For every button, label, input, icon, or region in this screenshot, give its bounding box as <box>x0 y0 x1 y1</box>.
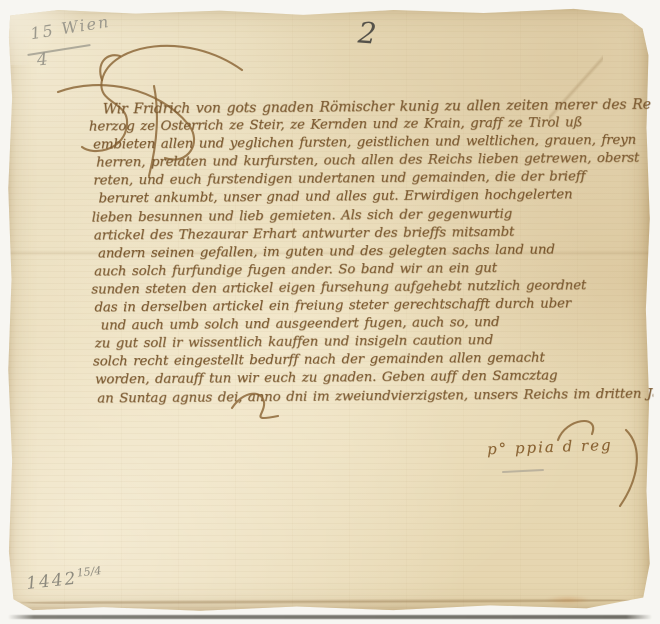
manuscript-text-block: Wir Fridrich von gots gnaden Römischer k… <box>93 96 654 408</box>
paper-stain <box>545 595 591 605</box>
line-end-flourish <box>228 388 288 422</box>
manuscript-photo: 15 Wien 4 2 Wir Fridrich von gots gnaden… <box>0 0 660 624</box>
pencil-date-fraction: 15/4 <box>76 564 102 580</box>
paper-edge-shadow <box>8 615 652 619</box>
bottom-crease <box>20 598 632 606</box>
page-number: 2 <box>357 15 378 50</box>
chancery-signature-flourish <box>548 414 648 510</box>
